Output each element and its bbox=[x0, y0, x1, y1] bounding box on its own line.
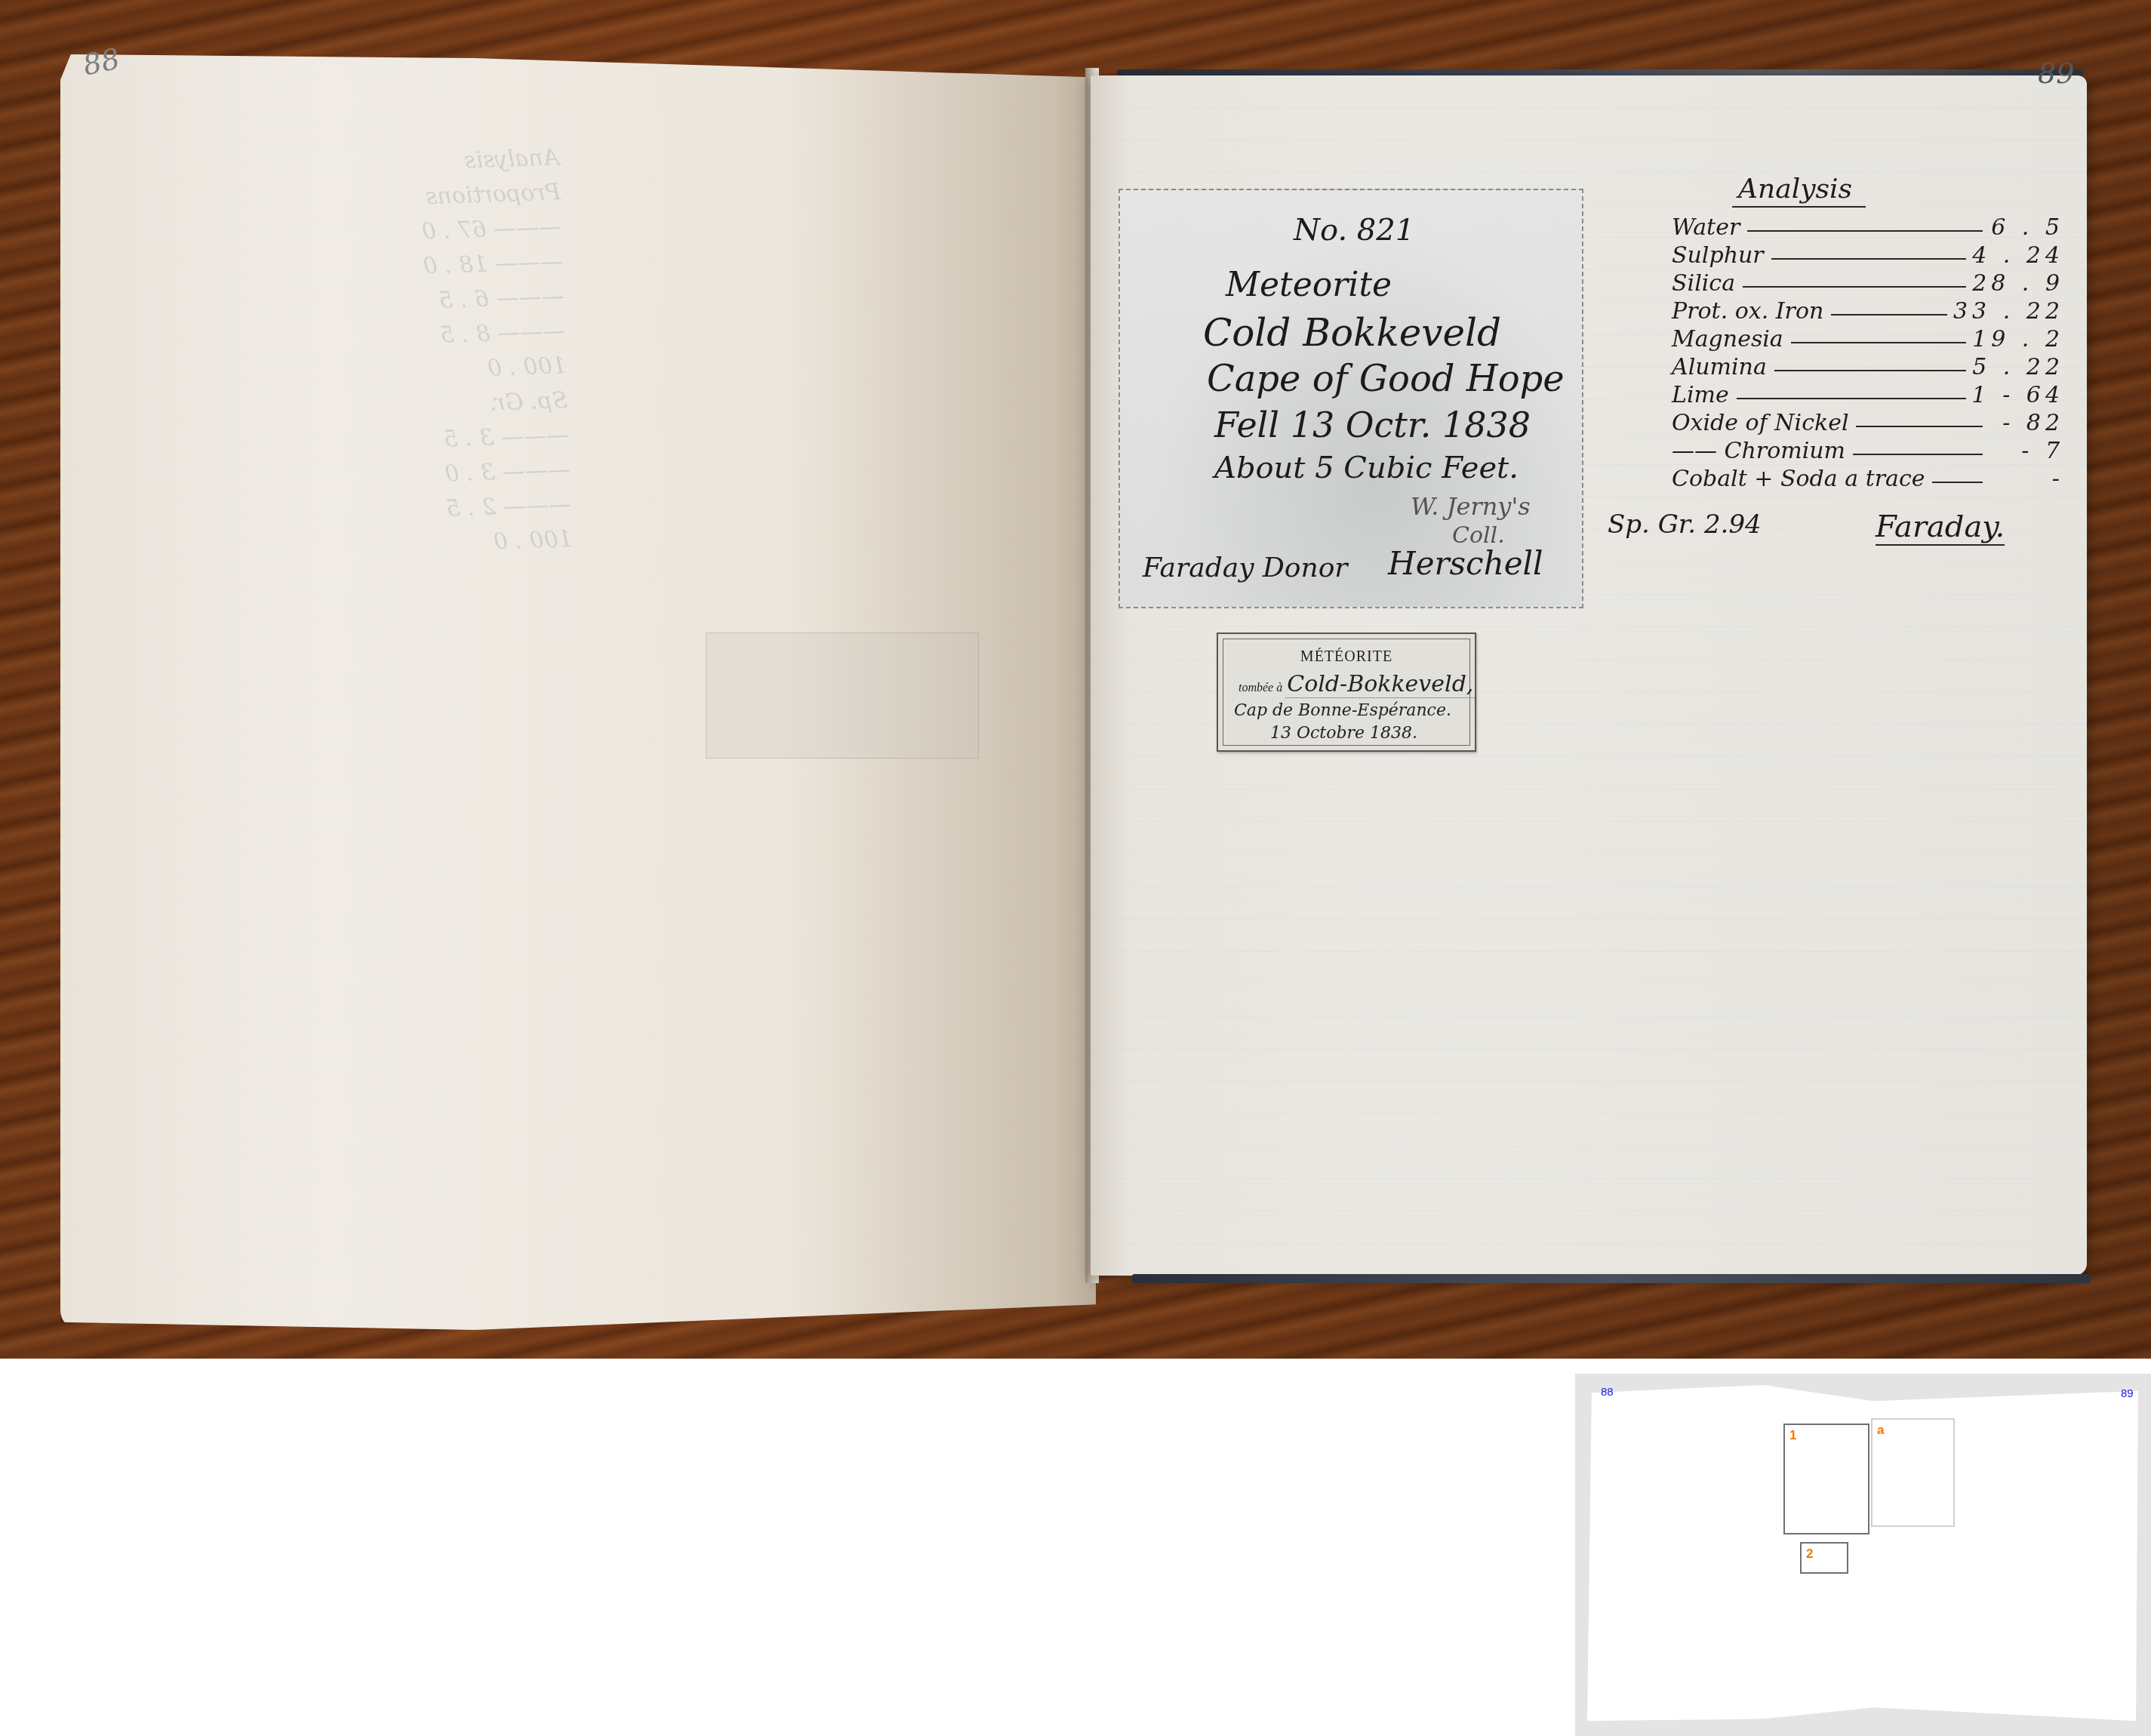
faraday-signature: Faraday. bbox=[1876, 509, 2005, 546]
donor-line: Faraday Donor bbox=[1143, 553, 1348, 583]
analysis-row: Sulphur4 . 24 bbox=[1672, 241, 2064, 269]
printed-label-locality: Cold-Bokkeveld, bbox=[1285, 671, 1475, 698]
printed-label-heading: MÉTÉORITE bbox=[1223, 648, 1469, 666]
diagram-box-tag: 2 bbox=[1806, 1547, 1813, 1562]
analysis-row: Cobalt + Soda a trace- bbox=[1672, 464, 2064, 492]
analysis-row: Silica28 . 9 bbox=[1672, 269, 2064, 297]
analysis-table: Water6 . 5 Sulphur4 . 24 Silica28 . 9 Pr… bbox=[1672, 213, 2064, 492]
analysis-row: Lime1 - 64 bbox=[1672, 380, 2064, 408]
analysis-row: Oxide of Nickel- 82 bbox=[1672, 408, 2064, 436]
analysis-row: Magnesia19 . 2 bbox=[1672, 325, 2064, 352]
specific-gravity: Sp. Gr. 2.94 bbox=[1608, 509, 1762, 540]
analysis-row: Alumina5 . 22 bbox=[1672, 352, 2064, 380]
printed-label-prefix: tombée à bbox=[1239, 682, 1282, 694]
analysis-row: Prot. ox. Iron33 . 22 bbox=[1672, 297, 2064, 325]
diagram-page-number-left: 88 bbox=[1601, 1386, 1614, 1399]
printed-label-date: 13 Octobre 1838. bbox=[1270, 724, 1417, 743]
specimen-type: Meteorite bbox=[1226, 266, 1392, 304]
analysis-title: Analysis bbox=[1732, 174, 1866, 208]
diagram-box-1: 1 bbox=[1783, 1424, 1869, 1534]
bleed-through-text: Analysis Proportions ——— 67 . 0 ——— 18 .… bbox=[167, 140, 574, 571]
analysis-row: —— Chromium- 7 bbox=[1672, 436, 2064, 464]
printed-label-region: Cap de Bonne-Espérance. bbox=[1234, 701, 1451, 720]
collection-name: W. Jerny's bbox=[1411, 492, 1531, 521]
specimen-place: Cape of Good Hope bbox=[1207, 358, 1565, 400]
analysis-row: Water6 . 5 bbox=[1672, 213, 2064, 241]
page-number-right: 89 bbox=[2038, 57, 2074, 90]
specimen-number: No. 821 bbox=[1294, 213, 1414, 248]
specimen-label-handwritten: No. 821 Meteorite Cold Bokkeveld Cape of… bbox=[1119, 189, 1583, 608]
diagram-box-tag: 1 bbox=[1789, 1428, 1796, 1443]
diagram-page-number-right: 89 bbox=[2121, 1387, 2134, 1400]
book-photograph: 88 89 Analysis Proportions ——— 67 . 0 ——… bbox=[0, 0, 2151, 1359]
specimen-size: About 5 Cubic Feet. bbox=[1214, 451, 1519, 485]
diagram-box-a: a bbox=[1871, 1418, 1955, 1527]
cover-edge-bottom bbox=[1132, 1274, 2091, 1283]
diagram-box-2: 2 bbox=[1800, 1542, 1848, 1574]
herschell-signature: Herschell bbox=[1388, 545, 1543, 582]
specimen-label-printed: MÉTÉORITE tombée à Cold-Bokkeveld, Cap d… bbox=[1217, 633, 1476, 752]
specimen-name: Cold Bokkeveld bbox=[1203, 311, 1501, 355]
label-ghost-impression bbox=[706, 633, 979, 759]
specimen-fall-date: Fell 13 Octr. 1838 bbox=[1214, 405, 1531, 445]
diagram-box-tag: a bbox=[1877, 1423, 1884, 1438]
